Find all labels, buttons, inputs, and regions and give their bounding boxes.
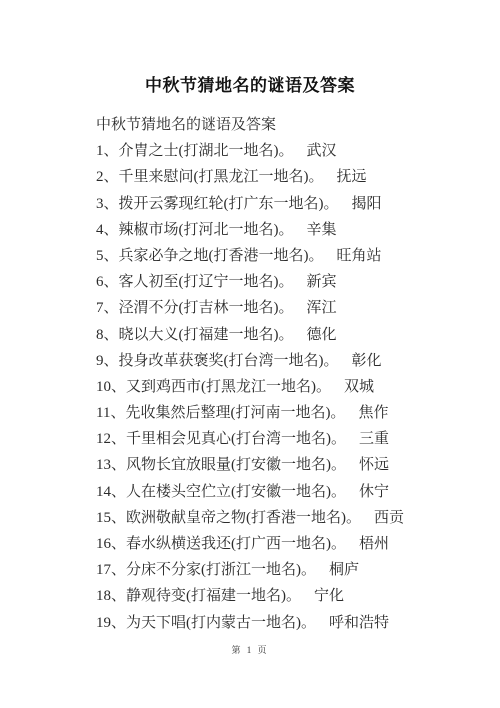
riddle-item: 9、投身改革获褒奖(打台湾一地名)。彰化: [96, 348, 480, 374]
riddle-item: 8、晓以大义(打福建一地名)。德化: [96, 322, 480, 348]
riddle-answer: 梧州: [359, 536, 389, 552]
riddle-answer: 宁化: [314, 588, 344, 604]
riddle-answer: 呼和浩特: [329, 615, 389, 631]
riddle-item: 1、介胄之士(打湖北一地名)。武汉: [96, 138, 480, 164]
riddle-item: 18、静观待变(打福建一地名)。宁化: [96, 583, 480, 609]
riddle-item: 15、欧洲敬献皇帝之物(打香港一地名)。西贡: [96, 505, 480, 531]
riddle-answer: 抚远: [337, 169, 367, 185]
riddle-answer: 桐庐: [329, 562, 359, 578]
riddle-answer: 浑江: [307, 300, 337, 316]
riddle-clue: 11、先收集然后整理(打河南一地名)。: [96, 405, 345, 421]
riddle-clue: 13、风物长宜放眼量(打安徽一地名)。: [96, 457, 346, 473]
riddle-clue: 5、兵家必争之地(打香港一地名)。: [96, 248, 324, 264]
riddle-clue: 14、人在楼头空伫立(打安徽一地名)。: [96, 484, 346, 500]
riddle-clue: 15、欧洲敬献皇帝之物(打香港一地名)。: [96, 510, 361, 526]
riddle-clue: 8、晓以大义(打福建一地名)。: [96, 327, 294, 343]
riddle-item: 3、拨开云雾现红轮(打广东一地名)。揭阳: [96, 191, 480, 217]
riddle-item: 16、春水纵横送我还(打广西一地名)。梧州: [96, 531, 480, 557]
riddle-clue: 19、为天下唱(打内蒙古一地名)。: [96, 615, 316, 631]
riddle-item: 10、又到鸡西市(打黑龙江一地名)。双城: [96, 374, 480, 400]
riddle-clue: 1、介胄之士(打湖北一地名)。: [96, 143, 294, 159]
riddle-item: 6、客人初至(打辽宁一地名)。新宾: [96, 269, 480, 295]
riddle-item: 17、分床不分家(打浙江一地名)。桐庐: [96, 557, 480, 583]
riddle-clue: 10、又到鸡西市(打黑龙江一地名)。: [96, 379, 331, 395]
riddle-answer: 双城: [344, 379, 374, 395]
riddle-clue: 7、泾渭不分(打吉林一地名)。: [96, 300, 294, 316]
riddle-clue: 4、辣椒市场(打河北一地名)。: [96, 222, 294, 238]
riddle-answer: 新宾: [307, 274, 337, 290]
riddle-clue: 6、客人初至(打辽宁一地名)。: [96, 274, 294, 290]
riddle-clue: 3、拨开云雾现红轮(打广东一地名)。: [96, 196, 339, 212]
riddle-item: 11、先收集然后整理(打河南一地名)。焦作: [96, 400, 480, 426]
riddle-answer: 三重: [359, 431, 389, 447]
page-number: 第 1 页: [0, 643, 500, 657]
document-page: 中秋节猜地名的谜语及答案 中秋节猜地名的谜语及答案 1、介胄之士(打湖北一地名)…: [0, 0, 500, 708]
riddle-answer: 西贡: [374, 510, 404, 526]
riddle-answer: 焦作: [358, 405, 388, 421]
riddle-answer: 怀远: [359, 457, 389, 473]
riddle-clue: 2、千里来慰问(打黑龙江一地名)。: [96, 169, 324, 185]
riddle-answer: 彰化: [352, 353, 382, 369]
riddle-clue: 17、分床不分家(打浙江一地名)。: [96, 562, 316, 578]
riddle-item: 12、千里相会见真心(打台湾一地名)。三重: [96, 426, 480, 452]
riddle-answer: 揭阳: [352, 196, 382, 212]
riddle-item: 7、泾渭不分(打吉林一地名)。浑江: [96, 295, 480, 321]
riddle-list: 中秋节猜地名的谜语及答案 1、介胄之士(打湖北一地名)。武汉 2、千里来慰问(打…: [96, 112, 480, 636]
riddle-clue: 18、静观待变(打福建一地名)。: [96, 588, 301, 604]
doc-subtitle-text: 中秋节猜地名的谜语及答案: [96, 117, 276, 133]
riddle-answer: 旺角站: [337, 248, 382, 264]
riddle-item: 14、人在楼头空伫立(打安徽一地名)。休宁: [96, 479, 480, 505]
riddle-clue: 9、投身改革获褒奖(打台湾一地名)。: [96, 353, 339, 369]
riddle-answer: 辛集: [307, 222, 337, 238]
riddle-item: 5、兵家必争之地(打香港一地名)。旺角站: [96, 243, 480, 269]
riddle-clue: 12、千里相会见真心(打台湾一地名)。: [96, 431, 346, 447]
riddle-item: 4、辣椒市场(打河北一地名)。辛集: [96, 217, 480, 243]
riddle-answer: 休宁: [359, 484, 389, 500]
doc-title: 中秋节猜地名的谜语及答案: [0, 71, 500, 96]
riddle-item: 13、风物长宜放眼量(打安徽一地名)。怀远: [96, 452, 480, 478]
riddle-answer: 德化: [307, 327, 337, 343]
riddle-item: 2、千里来慰问(打黑龙江一地名)。抚远: [96, 164, 480, 190]
doc-subtitle: 中秋节猜地名的谜语及答案: [96, 112, 480, 138]
riddle-answer: 武汉: [307, 143, 337, 159]
riddle-item: 19、为天下唱(打内蒙古一地名)。呼和浩特: [96, 610, 480, 636]
riddle-clue: 16、春水纵横送我还(打广西一地名)。: [96, 536, 346, 552]
